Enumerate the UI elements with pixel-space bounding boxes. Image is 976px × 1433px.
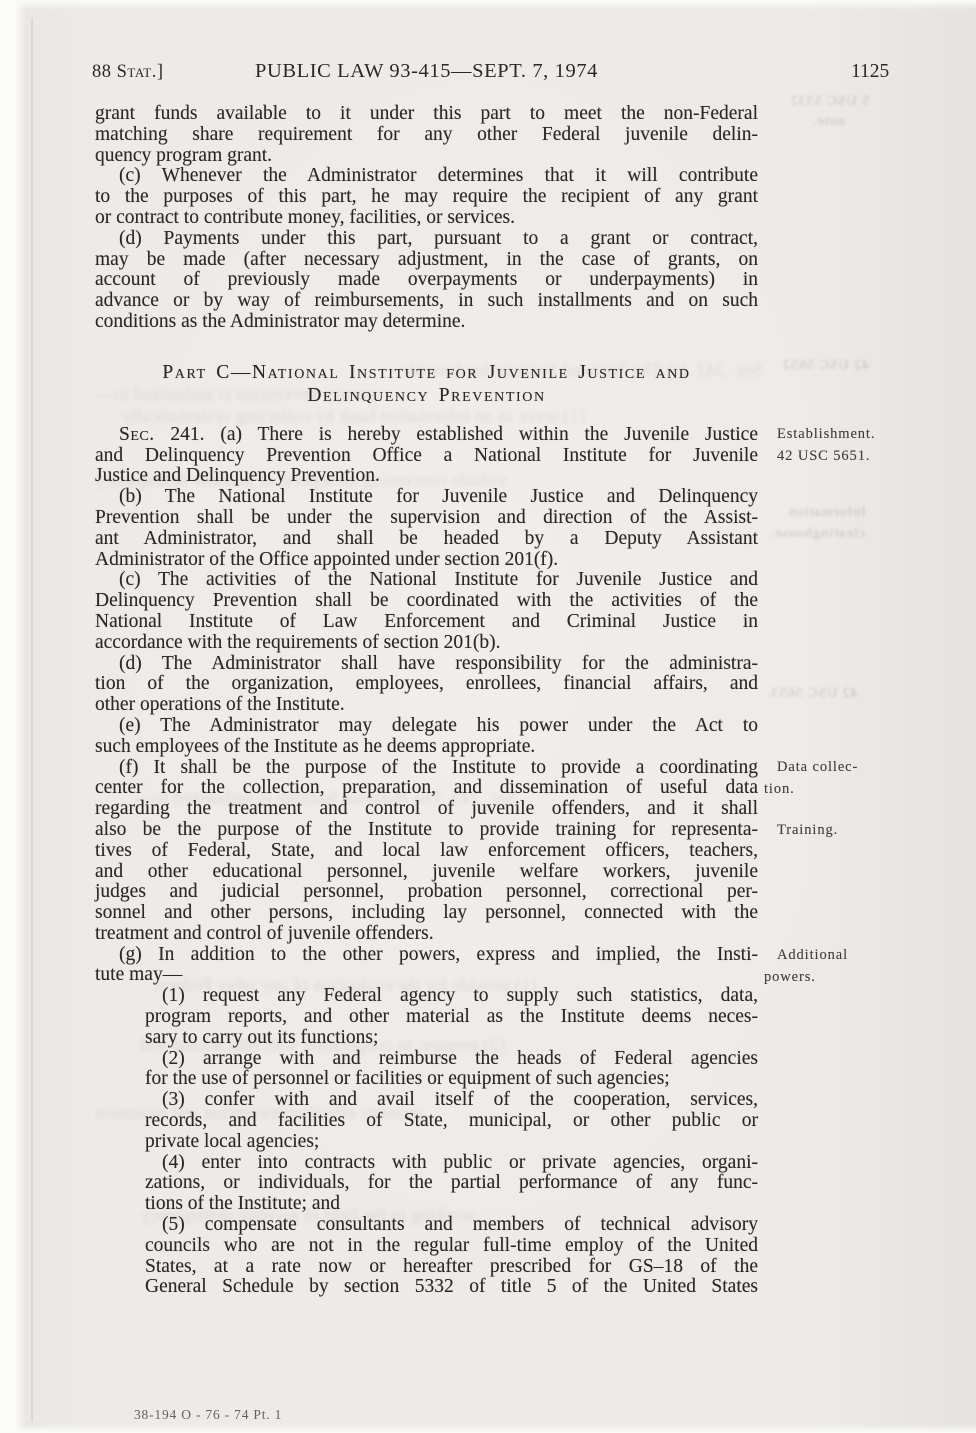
margin-note: Additionalpowers.	[764, 945, 969, 988]
text-line: (4) enter into contracts with public or …	[145, 1153, 758, 1174]
text-line: Administrator of the Office appointed un…	[95, 550, 758, 571]
paragraph: (d) The Administrator shall have respons…	[95, 654, 758, 716]
margin-note-line: Establishment.	[764, 424, 969, 446]
text-line: (b) The National Institute for Juvenile …	[95, 487, 758, 508]
margin-note-line: Additional	[764, 945, 969, 967]
gutter-shadow-line	[31, 18, 33, 1422]
text-line: advance or by way of reimbursements, in …	[95, 291, 758, 312]
text-line: Delinquency Prevention shall be coordina…	[95, 591, 758, 612]
text-line: councils who are not in the regular full…	[145, 1236, 758, 1257]
bleed-through-text: Information	[788, 505, 866, 521]
paragraph: (c) Whenever the Administrator determine…	[95, 166, 758, 228]
section-lead: Sec.	[119, 424, 155, 445]
text-line: private local agencies;	[145, 1132, 758, 1153]
text-line: (3) confer with and avail itself of the …	[145, 1090, 758, 1111]
text-line: to the purposes of this part, he may req…	[95, 187, 758, 208]
paragraph: (4) enter into contracts with public or …	[145, 1153, 758, 1215]
text-line: National Institute of Law Enforcement an…	[95, 612, 758, 633]
text-line: zations, or individuals, for the partial…	[145, 1173, 758, 1194]
text-line: (c) The activities of the National Insti…	[95, 570, 758, 591]
text-line: tion of the organization, employees, enr…	[95, 674, 758, 695]
text-line: (d) The Administrator shall have respons…	[95, 654, 758, 675]
text-line: (c) Whenever the Administrator determine…	[95, 166, 758, 187]
text-line: and Delinquency Prevention Office a Nati…	[95, 446, 758, 467]
text-line: for the use of personnel or facilities o…	[145, 1069, 758, 1090]
text-line: (d) Payments under this part, pursuant t…	[95, 229, 758, 250]
margin-note: Training.	[764, 820, 969, 842]
text-line: center for the collection, preparation, …	[95, 778, 758, 799]
scan-edge-top	[0, 0, 976, 10]
margin-note-line: 42 USC 5651.	[764, 446, 969, 468]
text-line: (f) It shall be the purpose of the Insti…	[95, 758, 758, 779]
margin-note-line: tion.	[764, 779, 969, 801]
text-line: (e) The Administrator may delegate his p…	[95, 716, 758, 737]
print-code: 38-194 O - 76 - 74 Pt. 1	[134, 1407, 282, 1423]
scan-edge-left	[0, 0, 26, 1433]
paragraph: (b) The National Institute for Juvenile …	[95, 487, 758, 570]
bleed-through-text: 42 USC 5653.	[766, 686, 858, 702]
paragraph: (1) request any Federal agency to supply…	[145, 986, 758, 1048]
text-line: sary to carry out its functions;	[145, 1028, 758, 1049]
margin-note-line: Data collec-	[764, 757, 969, 779]
paragraph: (d) Payments under this part, pursuant t…	[95, 229, 758, 333]
margin-note-line: Training.	[764, 820, 969, 842]
text-line: treatment and control of juvenile offend…	[95, 924, 758, 945]
text-line: also be the purpose of the Institute to …	[95, 820, 758, 841]
paragraph: grant funds available to it under this p…	[95, 104, 758, 166]
margin-note: Establishment.42 USC 5651.	[764, 424, 969, 467]
text-line: States, at a rate now or hereafter presc…	[145, 1257, 758, 1278]
bleed-through-text: 5 USC 5332	[790, 94, 869, 110]
heading-line: Part C—National Institute for Juvenile J…	[95, 361, 758, 384]
scanned-statute-page: 5 USC 5332note.42 USC 5652Informationcle…	[0, 0, 976, 1433]
text-line: may be made (after necessary adjustment,…	[95, 250, 758, 271]
text-line: conditions as the Administrator may dete…	[95, 312, 758, 333]
text-column: grant funds available to it under this p…	[95, 104, 758, 1298]
paragraph: (g) In addition to the other powers, exp…	[95, 945, 758, 987]
law-title: PUBLIC LAW 93-415—SEPT. 7, 1974	[95, 60, 758, 83]
text-line: or contract to contribute money, facilit…	[95, 208, 758, 229]
margin-note: Data collec-tion.	[764, 757, 969, 800]
text-line: (2) arrange with and reimburse the heads…	[145, 1049, 758, 1070]
bleed-through-text: 42 USC 5652	[782, 358, 869, 374]
paragraph: (5) compensate consultants and members o…	[145, 1215, 758, 1298]
text-line: account of previously made overpayments …	[95, 270, 758, 291]
page-number: 1125	[851, 61, 889, 83]
text-line: records, and facilities of State, munici…	[145, 1111, 758, 1132]
scan-edge-bottom	[0, 1424, 976, 1433]
text-line: and other educational personnel, juvenil…	[95, 862, 758, 883]
text-line: (1) request any Federal agency to supply…	[145, 986, 758, 1007]
text-line: regarding the treatment and control of j…	[95, 799, 758, 820]
margin-note-line: powers.	[764, 967, 969, 989]
text-line: tives of Federal, State, and local law e…	[95, 841, 758, 862]
text-line: matching share requirement for any other…	[95, 125, 758, 146]
bleed-through-text: note.	[812, 114, 845, 130]
text-line: Justice and Delinquency Prevention.	[95, 466, 758, 487]
heading-line: Delinquency Prevention	[95, 384, 758, 407]
text-line: Sec. 241. (a) There is hereby establishe…	[95, 425, 758, 446]
text-line: ant Administrator, and shall be headed b…	[95, 529, 758, 550]
text-line: (5) compensate consultants and members o…	[145, 1215, 758, 1236]
text-line: tute may—	[95, 965, 758, 986]
text-line: judges and judicial personnel, probation…	[95, 882, 758, 903]
part-heading: Part C—National Institute for Juvenile J…	[95, 361, 758, 407]
text-line: sonnel and other persons, including lay …	[95, 903, 758, 924]
text-line: quency program grant.	[95, 146, 758, 167]
text-line: such employees of the Institute as he de…	[95, 737, 758, 758]
paragraph: (f) It shall be the purpose of the Insti…	[95, 758, 758, 945]
paragraph: (c) The activities of the National Insti…	[95, 570, 758, 653]
text-line: General Schedule by section 5332 of titl…	[145, 1277, 758, 1298]
text-line: Prevention shall be under the supervisio…	[95, 508, 758, 529]
bleed-through-text: clearinghouse.	[770, 526, 865, 542]
paragraph: Sec. 241. (a) There is hereby establishe…	[95, 425, 758, 487]
text-line: tions of the Institute; and	[145, 1194, 758, 1215]
text-line: accordance with the requirements of sect…	[95, 633, 758, 654]
text-line: other operations of the Institute.	[95, 695, 758, 716]
text-line: program reports, and other material as t…	[145, 1007, 758, 1028]
paragraph: (3) confer with and avail itself of the …	[145, 1090, 758, 1152]
paragraph: (2) arrange with and reimburse the heads…	[145, 1049, 758, 1091]
text-line: grant funds available to it under this p…	[95, 104, 758, 125]
paragraph: (e) The Administrator may delegate his p…	[95, 716, 758, 758]
text-line: (g) In addition to the other powers, exp…	[95, 945, 758, 966]
